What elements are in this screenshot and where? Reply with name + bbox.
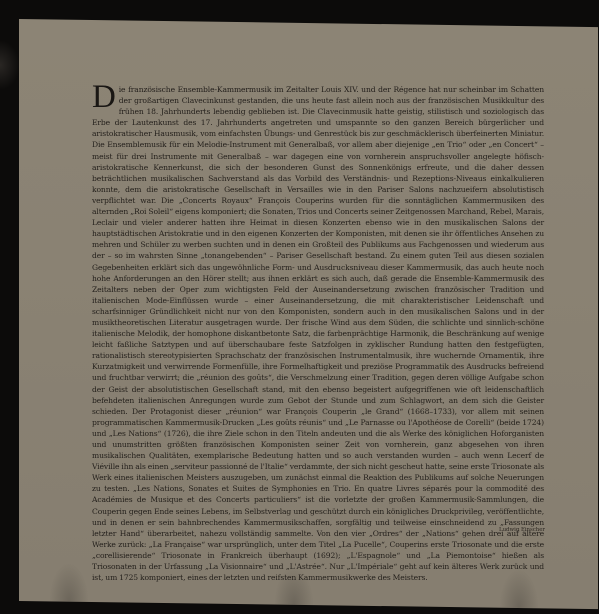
drop-cap: D xyxy=(92,85,116,109)
shadow-smudge xyxy=(49,561,89,602)
body-paragraph: ie französische Ensemble-Kammermusik im … xyxy=(92,85,544,582)
background-shadow xyxy=(0,40,20,90)
liner-notes-text: Die französische Ensemble-Kammermusik im… xyxy=(92,84,544,583)
author-signature: Ludwig Finscher xyxy=(499,527,545,533)
